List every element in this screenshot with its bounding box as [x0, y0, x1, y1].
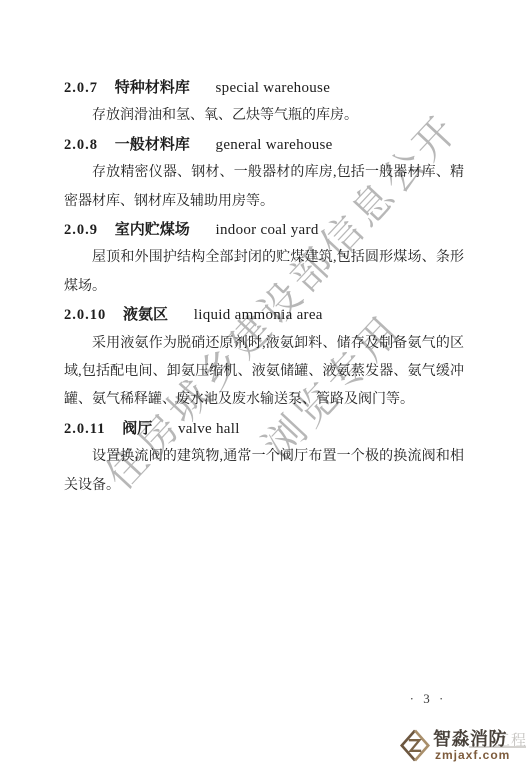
term-definition: 存放精密仪器、钢材、一般器材的库房,包括一般器材库、精密器材库、钢材库及辅助用房…: [64, 159, 464, 216]
term-english: general warehouse: [216, 137, 333, 153]
term-entry: 2.0.8 一般材料库 general warehouse 存放精密仪器、钢材、…: [64, 131, 464, 216]
term-definition: 屋顶和外围护结构全部封闭的贮煤建筑,包括圆形煤场、条形煤场。: [64, 244, 464, 301]
term-heading: 2.0.10 液氨区 liquid ammonia area: [64, 301, 464, 329]
term-chinese: 一般材料库: [115, 136, 190, 153]
term-number: 2.0.9: [64, 222, 98, 238]
term-chinese: 特种材料库: [115, 79, 190, 96]
page-number: · 3 ·: [403, 691, 453, 707]
term-chinese: 室内贮煤场: [115, 221, 190, 238]
term-chinese: 液氨区: [123, 306, 168, 323]
term-english: valve hall: [178, 421, 240, 437]
zm-diamond-logo-icon: [400, 728, 430, 763]
term-chinese: 阀厅: [122, 420, 152, 437]
term-english: liquid ammonia area: [194, 307, 323, 323]
site-logo: 智淼消防 zmjaxf.com: [398, 725, 528, 766]
term-definition: 设置换流阀的建筑物,通常一个阀厅布置一个极的换流阀和相关设备。: [64, 443, 464, 500]
term-entry: 2.0.11 阀厅 valve hall 设置换流阀的建筑物,通常一个阀厅布置一…: [64, 415, 464, 500]
term-number: 2.0.7: [64, 80, 98, 96]
term-number: 2.0.10: [64, 307, 106, 323]
document-page: 住房城乡建设部信息公开 浏览专用 2.0.7 特种材料库 special war…: [0, 0, 528, 766]
term-entry: 2.0.9 室内贮煤场 indoor coal yard 屋顶和外围护结构全部封…: [64, 216, 464, 301]
term-definition: 采用液氨作为脱硝还原剂时,液氨卸料、储存及制备氨气的区域,包括配电间、卸氨压缩机…: [64, 330, 464, 415]
term-english: special warehouse: [216, 80, 331, 96]
term-heading: 2.0.8 一般材料库 general warehouse: [64, 131, 464, 159]
term-number: 2.0.11: [64, 421, 105, 437]
term-entry: 2.0.10 液氨区 liquid ammonia area 采用液氨作为脱硝还…: [64, 301, 464, 415]
term-number: 2.0.8: [64, 137, 98, 153]
term-entry: 2.0.7 特种材料库 special warehouse 存放润滑油和氢、氧、…: [64, 74, 464, 131]
term-definition: 存放润滑油和氢、氧、乙炔等气瓶的库房。: [64, 102, 464, 130]
term-heading: 2.0.9 室内贮煤场 indoor coal yard: [64, 216, 464, 244]
term-heading: 2.0.11 阀厅 valve hall: [64, 415, 464, 443]
term-english: indoor coal yard: [216, 222, 319, 238]
site-logo-domain: zmjaxf.com: [435, 748, 510, 762]
terminology-section: 2.0.7 特种材料库 special warehouse 存放润滑油和氢、氧、…: [64, 74, 464, 500]
term-heading: 2.0.7 特种材料库 special warehouse: [64, 74, 464, 102]
